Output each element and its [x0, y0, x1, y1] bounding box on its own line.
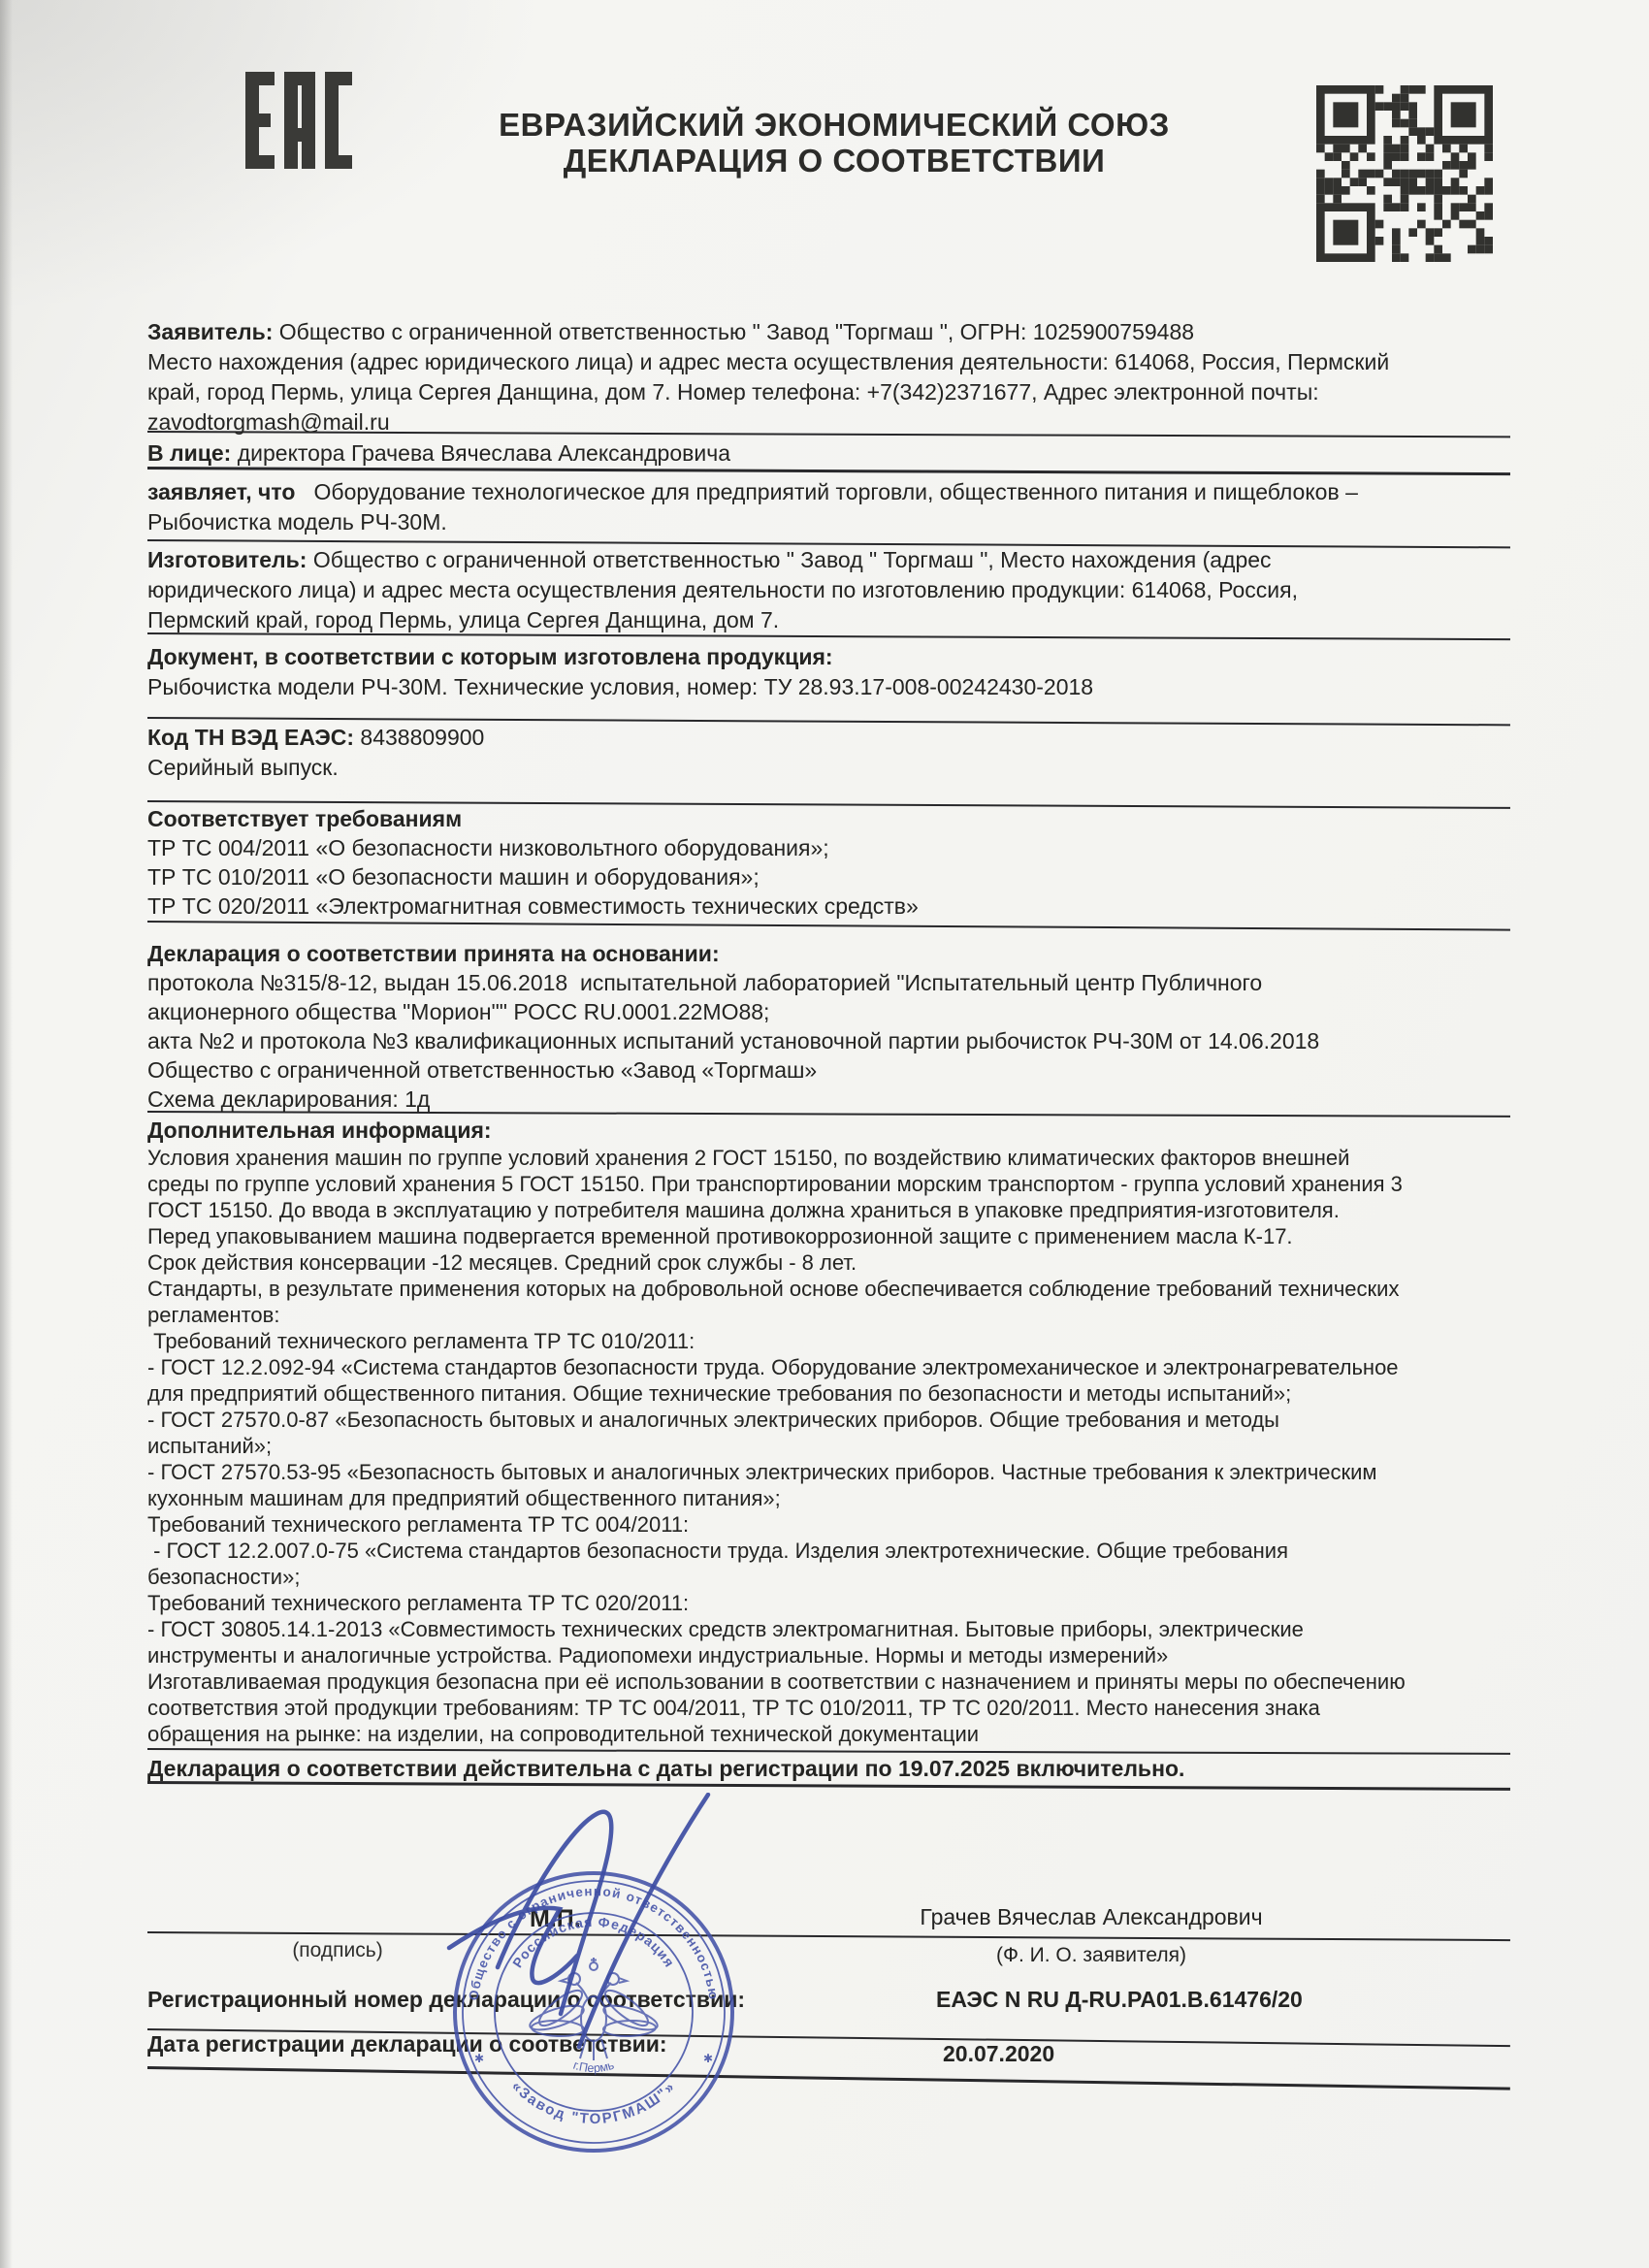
declares-product: Оборудование технологическое для предпри… — [295, 479, 1358, 504]
manufacturer-company: Общество с ограниченной ответственностью… — [307, 547, 1271, 572]
additional-line: Требований технического регламента ТР ТС… — [147, 1328, 1564, 1354]
additional-line: - ГОСТ 30805.14.1-2013 «Совместимость те… — [147, 1616, 1564, 1642]
manufacturer-label: Изготовитель: — [147, 547, 307, 572]
section-applicant: Заявитель: Общество с ограниченной ответ… — [147, 317, 1564, 437]
stamp-star-left: ✱ — [474, 2052, 484, 2065]
additional-line: для предприятий общественного питания. О… — [147, 1380, 1564, 1407]
conformity-label: Соответствует требованиям — [147, 804, 1564, 833]
basis-line: протокола №315/8-12, выдан 15.06.2018 ис… — [147, 968, 1564, 997]
additional-line: - ГОСТ 27570.0-87 «Безопасность бытовых … — [147, 1407, 1564, 1433]
additional-line: - ГОСТ 12.2.007.0-75 «Система стандартов… — [147, 1538, 1564, 1564]
additional-line: кухонным машинам для предприятий обществ… — [147, 1485, 1564, 1511]
additional-line: инструменты и аналогичные устройства. Ра… — [147, 1642, 1564, 1669]
title-line-union: ЕВРАЗИЙСКИЙ ЭКОНОМИЧЕСКИЙ СОЮЗ — [349, 107, 1319, 143]
stamp-city-text: г.Пермь — [571, 2058, 616, 2075]
signature-caption: (подпись) — [260, 1939, 415, 1962]
handwritten-signature — [412, 1793, 732, 2050]
product-document-label: Документ, в соответствии с которым изгот… — [147, 642, 1564, 672]
additional-line: Требований технического регламента ТР ТС… — [147, 1590, 1564, 1616]
additional-line: - ГОСТ 27570.53-95 «Безопасность бытовых… — [147, 1459, 1564, 1485]
additional-line: обращения на рынке: на изделии, на сопро… — [147, 1721, 1564, 1747]
additional-line: - ГОСТ 12.2.092-94 «Система стандартов б… — [147, 1354, 1564, 1380]
applicant-address-line: Место нахождения (адрес юридического лиц… — [147, 347, 1564, 377]
registration-number-value: ЕАЭС N RU Д-RU.РА01.В.61476/20 — [936, 1987, 1303, 2013]
applicant-label: Заявитель: — [147, 319, 273, 344]
basis-line: акта №2 и протокола №3 квалификационных … — [147, 1026, 1564, 1055]
name-caption: (Ф. И. О. заявителя) — [873, 1944, 1309, 1967]
section-product-document: Документ, в соответствии с которым изгот… — [147, 642, 1564, 702]
divider-line — [147, 2066, 1510, 2090]
section-declares: заявляет, что Оборудование технологическ… — [147, 477, 1564, 537]
additional-line: среды по группе условий хранения 5 ГОСТ … — [147, 1171, 1564, 1197]
conformity-item: ТР ТС 020/2011 «Электромагнитная совмест… — [147, 891, 1564, 921]
applicant-email: zavodtorgmash@mail.ru — [147, 407, 1564, 437]
section-tnved: Код ТН ВЭД ЕАЭС: 8438809900 Серийный вып… — [147, 723, 1564, 783]
stamp-bottom-text: «Завод "ТОРГМАШ"» — [508, 2078, 679, 2127]
basis-line: акционерного общества "Морион"" РОСС RU.… — [147, 997, 1564, 1026]
eac-logo-icon — [245, 72, 352, 169]
basis-line: Общество с ограниченной ответственностью… — [147, 1055, 1564, 1085]
serial-production: Серийный выпуск. — [147, 753, 1564, 783]
section-manufacturer: Изготовитель: Общество с ограниченной от… — [147, 545, 1564, 635]
section-additional-info: Условия хранения машин по группе условий… — [147, 1145, 1564, 1747]
additional-line: ГОСТ 15150. До ввода в эксплуатацию у по… — [147, 1197, 1564, 1223]
section-conformity: Соответствует требованиям ТР ТС 004/2011… — [147, 804, 1564, 921]
manufacturer-address-line: Пермский край, город Пермь, улица Сергея… — [147, 605, 1564, 635]
basis-line: Схема декларирования: 1д — [147, 1085, 1564, 1114]
additional-line: регламентов: — [147, 1302, 1564, 1328]
qr-code — [1316, 85, 1493, 262]
in-person-label: В лице: — [147, 440, 231, 466]
title-line-declaration: ДЕКЛАРАЦИЯ О СООТВЕТСТВИИ — [349, 143, 1319, 178]
additional-line: Срок действия консервации -12 месяцев. С… — [147, 1249, 1564, 1276]
section-in-person: В лице: директора Грачева Вячеслава Алек… — [147, 438, 1564, 469]
registration-date-value: 20.07.2020 — [943, 2041, 1054, 2067]
tnved-code: 8438809900 — [354, 725, 484, 750]
applicant-company: Общество с ограниченной ответственностью… — [273, 319, 1194, 344]
in-person-name: директора Грачева Вячеслава Александрови… — [231, 440, 730, 466]
additional-label: Дополнительная информация: — [147, 1116, 1564, 1146]
conformity-item: ТР ТС 004/2011 «О безопасности низковоль… — [147, 833, 1564, 862]
additional-line: Условия хранения машин по группе условий… — [147, 1145, 1564, 1171]
section-additional-label: Дополнительная информация: — [147, 1116, 1564, 1146]
applicant-address-line: край, город Пермь, улица Сергея Данщина,… — [147, 377, 1564, 407]
declares-label: заявляет, что — [147, 479, 295, 504]
tnved-label: Код ТН ВЭД ЕАЭС: — [147, 725, 354, 750]
applicant-full-name: Грачев Вячеслав Александрович — [873, 1904, 1309, 1930]
additional-line: безопасности»; — [147, 1564, 1564, 1590]
additional-line: Требований технического регламента ТР ТС… — [147, 1511, 1564, 1538]
declaration-document-page: ЕВРАЗИЙСКИЙ ЭКОНОМИЧЕСКИЙ СОЮЗ ДЕКЛАРАЦИ… — [0, 0, 1649, 2268]
stamp-star-right: ✱ — [703, 2052, 713, 2065]
additional-line: Стандарты, в результате применения котор… — [147, 1276, 1564, 1302]
conformity-item: ТР ТС 010/2011 «О безопасности машин и о… — [147, 862, 1564, 891]
manufacturer-address-line: юридического лица) и адрес места осущест… — [147, 575, 1564, 605]
validity-statement: Декларация о соответствии действительна … — [147, 1754, 1564, 1784]
section-validity: Декларация о соответствии действительна … — [147, 1754, 1564, 1784]
additional-line: Перед упаковыванием машина подвергается … — [147, 1223, 1564, 1249]
divider-line — [147, 921, 1510, 931]
declares-product-line: Рыбочистка модель РЧ-30М. — [147, 507, 1564, 537]
additional-line: испытаний»; — [147, 1433, 1564, 1459]
additional-line: соответствия этой продукции требованиям:… — [147, 1695, 1564, 1721]
product-document-value: Рыбочистка модели РЧ-30М. Технические ус… — [147, 672, 1564, 702]
document-title: ЕВРАЗИЙСКИЙ ЭКОНОМИЧЕСКИЙ СОЮЗ ДЕКЛАРАЦИ… — [349, 107, 1319, 178]
additional-line: Изготавливаемая продукция безопасна при … — [147, 1669, 1564, 1695]
section-basis: Декларация о соответствии принята на осн… — [147, 939, 1564, 1114]
basis-label: Декларация о соответствии принята на осн… — [147, 939, 1564, 968]
